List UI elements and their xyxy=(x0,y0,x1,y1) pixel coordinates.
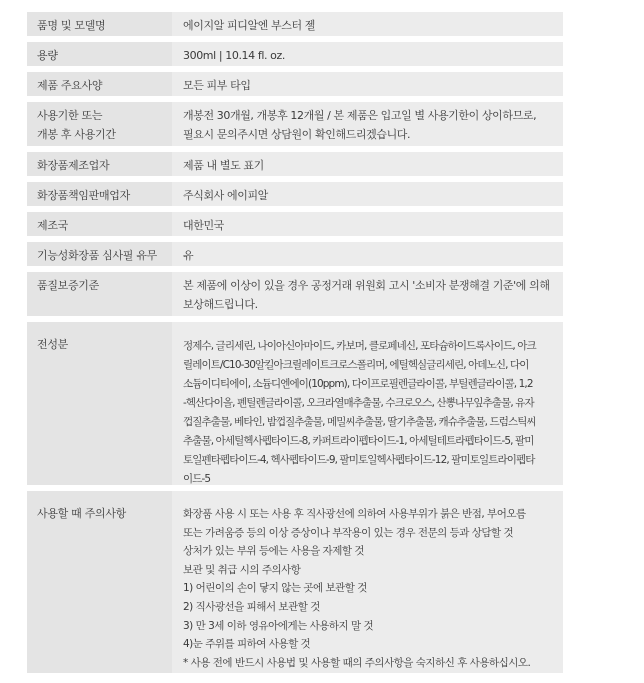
ingredients-line: 껍질추출물, 베타인, 밤껍질추출물, 메밀씨추출물, 딸기추출물, 캐슈추출물… xyxy=(183,413,555,432)
row-distributor: 화장품책임판매업자 주식회사 에이피알 xyxy=(27,182,563,206)
caution-line: 화장품 사용 시 또는 사용 후 직사광선에 의하여 사용부위가 붉은 반점, … xyxy=(183,505,555,524)
ingredients-line: 소듐이디티에이, 소듐디엔에이(10ppm), 다이프로필렌글라이콜, 부틸렌글… xyxy=(183,375,555,394)
row-manufacturer: 화장품제조업자 제품 내 별도 표기 xyxy=(27,152,563,176)
row-ingredients: 전성분 정제수, 글리세린, 나이아신아마이드, 카보머, 클로페네신, 포타슘… xyxy=(27,322,563,485)
ingredients-line: 토일펜타펩타이드-4, 헥사펩타이드-9, 팔미토일헥사펩타이드-12, 팔미토… xyxy=(183,451,555,470)
value-expiry-line: 필요시 문의주시면 상담원이 확인해드리겠습니다. xyxy=(183,125,555,144)
label-functional-review: 기능성화장품 심사필 유무 xyxy=(27,242,172,266)
row-product-name: 품명 및 모델명 에이지알 피디알엔 부스터 젤 xyxy=(27,12,563,36)
value-expiry: 개봉전 30개월, 개봉후 12개월 / 본 제품은 입고일 별 사용기한이 상… xyxy=(172,102,563,146)
ingredients-line: -헥산다이올, 펜틸렌글라이콜, 오크라열매추출물, 수크로오스, 산뽕나무잎추… xyxy=(183,394,555,413)
row-quality-guarantee: 품질보증기준 본 제품에 이상이 있을 경우 공정거래 위원회 고시 '소비자 … xyxy=(27,272,563,316)
label-manufacturer: 화장품제조업자 xyxy=(27,152,172,176)
label-usage-cautions: 사용할 때 주의사항 xyxy=(27,491,172,673)
ingredients-line: 추출물, 아세틸헥사펩타이드-8, 카퍼트라이펩타이드-1, 아세틸테트라펩타이… xyxy=(183,432,555,451)
label-country: 제조국 xyxy=(27,212,172,236)
value-usage-cautions: 화장품 사용 시 또는 사용 후 직사광선에 의하여 사용부위가 붉은 반점, … xyxy=(172,491,563,673)
product-info-table: 품명 및 모델명 에이지알 피디알엔 부스터 젤 용량 300ml | 10.1… xyxy=(27,12,563,673)
label-ingredients: 전성분 xyxy=(27,322,172,485)
value-volume: 300ml | 10.14 fl. oz. xyxy=(172,42,563,66)
caution-line: 보관 및 취급 시의 주의사항 xyxy=(183,561,555,580)
ingredients-line: 릴레이트/C10-30알킬아크릴레이트크로스폴리머, 에틸헥실글리세린, 아데노… xyxy=(183,356,555,375)
label-expiry: 사용기한 또는 개봉 후 사용기간 xyxy=(27,102,172,146)
label-expiry-line: 사용기한 또는 xyxy=(37,106,172,125)
caution-line: 1) 어린이의 손이 닿지 않는 곳에 보관할 것 xyxy=(183,579,555,598)
caution-line: 2) 직사광선을 피해서 보관할 것 xyxy=(183,598,555,617)
caution-line: * 사용 전에 반드시 사용법 및 사용할 때의 주의사항을 숙지하신 후 사용… xyxy=(183,654,555,673)
ingredients-line: 정제수, 글리세린, 나이아신아마이드, 카보머, 클로페네신, 포타슘하이드록… xyxy=(183,337,555,356)
ingredients-line: 이드-5 xyxy=(183,470,555,489)
row-expiry: 사용기한 또는 개봉 후 사용기간 개봉전 30개월, 개봉후 12개월 / 본… xyxy=(27,102,563,146)
label-expiry-line: 개봉 후 사용기간 xyxy=(37,125,172,144)
value-quality-line: 보상해드립니다. xyxy=(183,295,555,314)
value-main-spec: 모든 피부 타입 xyxy=(172,72,563,96)
value-manufacturer: 제품 내 별도 표기 xyxy=(172,152,563,176)
caution-line: 4)눈 주위를 피하여 사용할 것 xyxy=(183,635,555,654)
label-product-name: 품명 및 모델명 xyxy=(27,12,172,36)
row-usage-cautions: 사용할 때 주의사항 화장품 사용 시 또는 사용 후 직사광선에 의하여 사용… xyxy=(27,491,563,673)
caution-line: 3) 만 3세 이하 영유아에게는 사용하지 말 것 xyxy=(183,617,555,636)
value-functional-review: 유 xyxy=(172,242,563,266)
caution-line: 또는 가려움증 등의 이상 증상이나 부작용이 있는 경우 전문의 등과 상담할… xyxy=(183,524,555,543)
label-distributor: 화장품책임판매업자 xyxy=(27,182,172,206)
row-volume: 용량 300ml | 10.14 fl. oz. xyxy=(27,42,563,66)
label-volume: 용량 xyxy=(27,42,172,66)
value-product-name: 에이지알 피디알엔 부스터 젤 xyxy=(172,12,563,36)
value-distributor: 주식회사 에이피알 xyxy=(172,182,563,206)
row-country: 제조국 대한민국 xyxy=(27,212,563,236)
value-quality-line: 본 제품에 이상이 있을 경우 공정거래 위원회 고시 '소비자 분쟁해결 기준… xyxy=(183,276,555,295)
value-quality-guarantee: 본 제품에 이상이 있을 경우 공정거래 위원회 고시 '소비자 분쟁해결 기준… xyxy=(172,272,563,316)
row-main-spec: 제품 주요사양 모든 피부 타입 xyxy=(27,72,563,96)
label-main-spec: 제품 주요사양 xyxy=(27,72,172,96)
caution-line: 상처가 있는 부위 등에는 사용을 자제할 것 xyxy=(183,542,555,561)
value-ingredients: 정제수, 글리세린, 나이아신아마이드, 카보머, 클로페네신, 포타슘하이드록… xyxy=(172,322,563,485)
value-expiry-line: 개봉전 30개월, 개봉후 12개월 / 본 제품은 입고일 별 사용기한이 상… xyxy=(183,106,555,125)
row-functional-review: 기능성화장품 심사필 유무 유 xyxy=(27,242,563,266)
value-country: 대한민국 xyxy=(172,212,563,236)
label-quality-guarantee: 품질보증기준 xyxy=(27,272,172,316)
